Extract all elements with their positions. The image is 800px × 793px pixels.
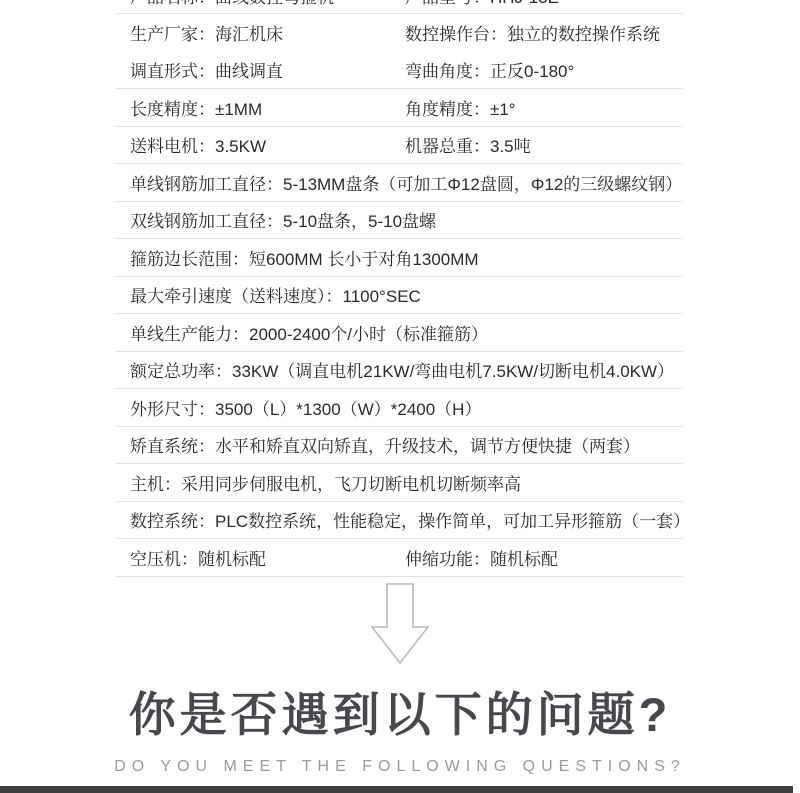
spec-table: 产品名称：曲线数控弯箍机 产品型号：HHJ-13E 生产厂家：海汇机床 数控操作… bbox=[115, 0, 683, 577]
section-subheading-english: DO YOU MEET THE FOLLOWING QUESTIONS? bbox=[0, 758, 800, 776]
spec-row-straightening-system: 矫直系统：水平和矫直双向矫直，升级技术，调节方便快捷（两套） bbox=[115, 427, 683, 465]
spec-cell-machine-weight: 机器总重：3.5吨 bbox=[405, 132, 531, 157]
spec-row-length-precision: 长度精度：±1MM 角度精度：±1° bbox=[115, 89, 683, 127]
spec-cell-double-wire-diameter: 双线钢筋加工直径：5-10盘条，5-10盘螺 bbox=[130, 207, 436, 232]
spec-row-product: 产品名称：曲线数控弯箍机 产品型号：HHJ-13E bbox=[115, 0, 683, 14]
spec-cell-angle-precision: 角度精度：±1° bbox=[405, 95, 516, 120]
down-arrow-icon bbox=[364, 583, 436, 665]
spec-row-manufacturer: 生产厂家：海汇机床 数控操作台：独立的数控操作系统 bbox=[115, 14, 683, 52]
spec-row-straightening-form: 调直形式：曲线调直 弯曲角度：正反0-180° bbox=[115, 52, 683, 90]
section-divider-bar bbox=[0, 786, 793, 793]
spec-cell-stirrup-side-length: 箍筋边长范围：短600MM 长小于对角1300MM bbox=[130, 245, 479, 270]
spec-cell-feed-motor: 送料电机：3.5KW bbox=[130, 132, 266, 157]
spec-cell-straightening-form: 调直形式：曲线调直 bbox=[130, 57, 283, 82]
spec-cell-cnc-console: 数控操作台：独立的数控操作系统 bbox=[405, 20, 660, 45]
spec-row-feed-motor: 送料电机：3.5KW 机器总重：3.5吨 bbox=[115, 127, 683, 165]
spec-cell-main-machine: 主机：采用同步伺服电机，飞刀切断电机切断频率高 bbox=[130, 470, 521, 495]
spec-row-stirrup-side-length: 箍筋边长范围：短600MM 长小于对角1300MM bbox=[115, 239, 683, 277]
spec-cell-production-capacity: 单线生产能力：2000-2400个/小时（标准箍筋） bbox=[130, 320, 488, 345]
spec-cell-telescopic-function: 伸缩功能：随机标配 bbox=[405, 545, 558, 570]
spec-cell-manufacturer: 生产厂家：海汇机床 bbox=[130, 20, 283, 45]
spec-cell-length-precision: 长度精度：±1MM bbox=[130, 95, 262, 120]
spec-cell-single-wire-diameter: 单线钢筋加工直径：5-13MM盘条（可加工Φ12盘圆，Φ12的三级螺纹钢） bbox=[130, 170, 682, 195]
spec-row-dimensions: 外形尺寸：3500（L）*1300（W）*2400（H） bbox=[115, 389, 683, 427]
section-heading: 你是否遇到以下的问题? bbox=[0, 678, 800, 745]
spec-cell-product-model: 产品型号：HHJ-13E bbox=[405, 0, 559, 8]
spec-cell-dimensions: 外形尺寸：3500（L）*1300（W）*2400（H） bbox=[130, 395, 481, 420]
spec-row-double-wire-diameter: 双线钢筋加工直径：5-10盘条，5-10盘螺 bbox=[115, 202, 683, 240]
spec-row-single-wire-diameter: 单线钢筋加工直径：5-13MM盘条（可加工Φ12盘圆，Φ12的三级螺纹钢） bbox=[115, 164, 683, 202]
spec-cell-straightening-system: 矫直系统：水平和矫直双向矫直，升级技术，调节方便快捷（两套） bbox=[130, 432, 640, 457]
spec-cell-rated-power: 额定总功率：33KW（调直电机21KW/弯曲电机7.5KW/切断电机4.0KW） bbox=[130, 357, 674, 382]
spec-row-rated-power: 额定总功率：33KW（调直电机21KW/弯曲电机7.5KW/切断电机4.0KW） bbox=[115, 352, 683, 390]
spec-cell-bending-angle: 弯曲角度：正反0-180° bbox=[405, 57, 574, 82]
spec-row-production-capacity: 单线生产能力：2000-2400个/小时（标准箍筋） bbox=[115, 314, 683, 352]
spec-row-cnc-system: 数控系统：PLC数控系统，性能稳定，操作简单，可加工异形箍筋（一套） bbox=[115, 502, 683, 540]
spec-row-traction-speed: 最大牵引速度（送料速度）：1100°SEC bbox=[115, 277, 683, 315]
spec-cell-product-name: 产品名称：曲线数控弯箍机 bbox=[130, 0, 334, 8]
spec-cell-traction-speed: 最大牵引速度（送料速度）：1100°SEC bbox=[130, 282, 421, 307]
spec-cell-cnc-system: 数控系统：PLC数控系统，性能稳定，操作简单，可加工异形箍筋（一套） bbox=[130, 507, 690, 532]
spec-row-main-machine: 主机：采用同步伺服电机，飞刀切断电机切断频率高 bbox=[115, 464, 683, 502]
spec-row-air-compressor: 空压机：随机标配 伸缩功能：随机标配 bbox=[115, 539, 683, 577]
spec-cell-air-compressor: 空压机：随机标配 bbox=[130, 545, 266, 570]
